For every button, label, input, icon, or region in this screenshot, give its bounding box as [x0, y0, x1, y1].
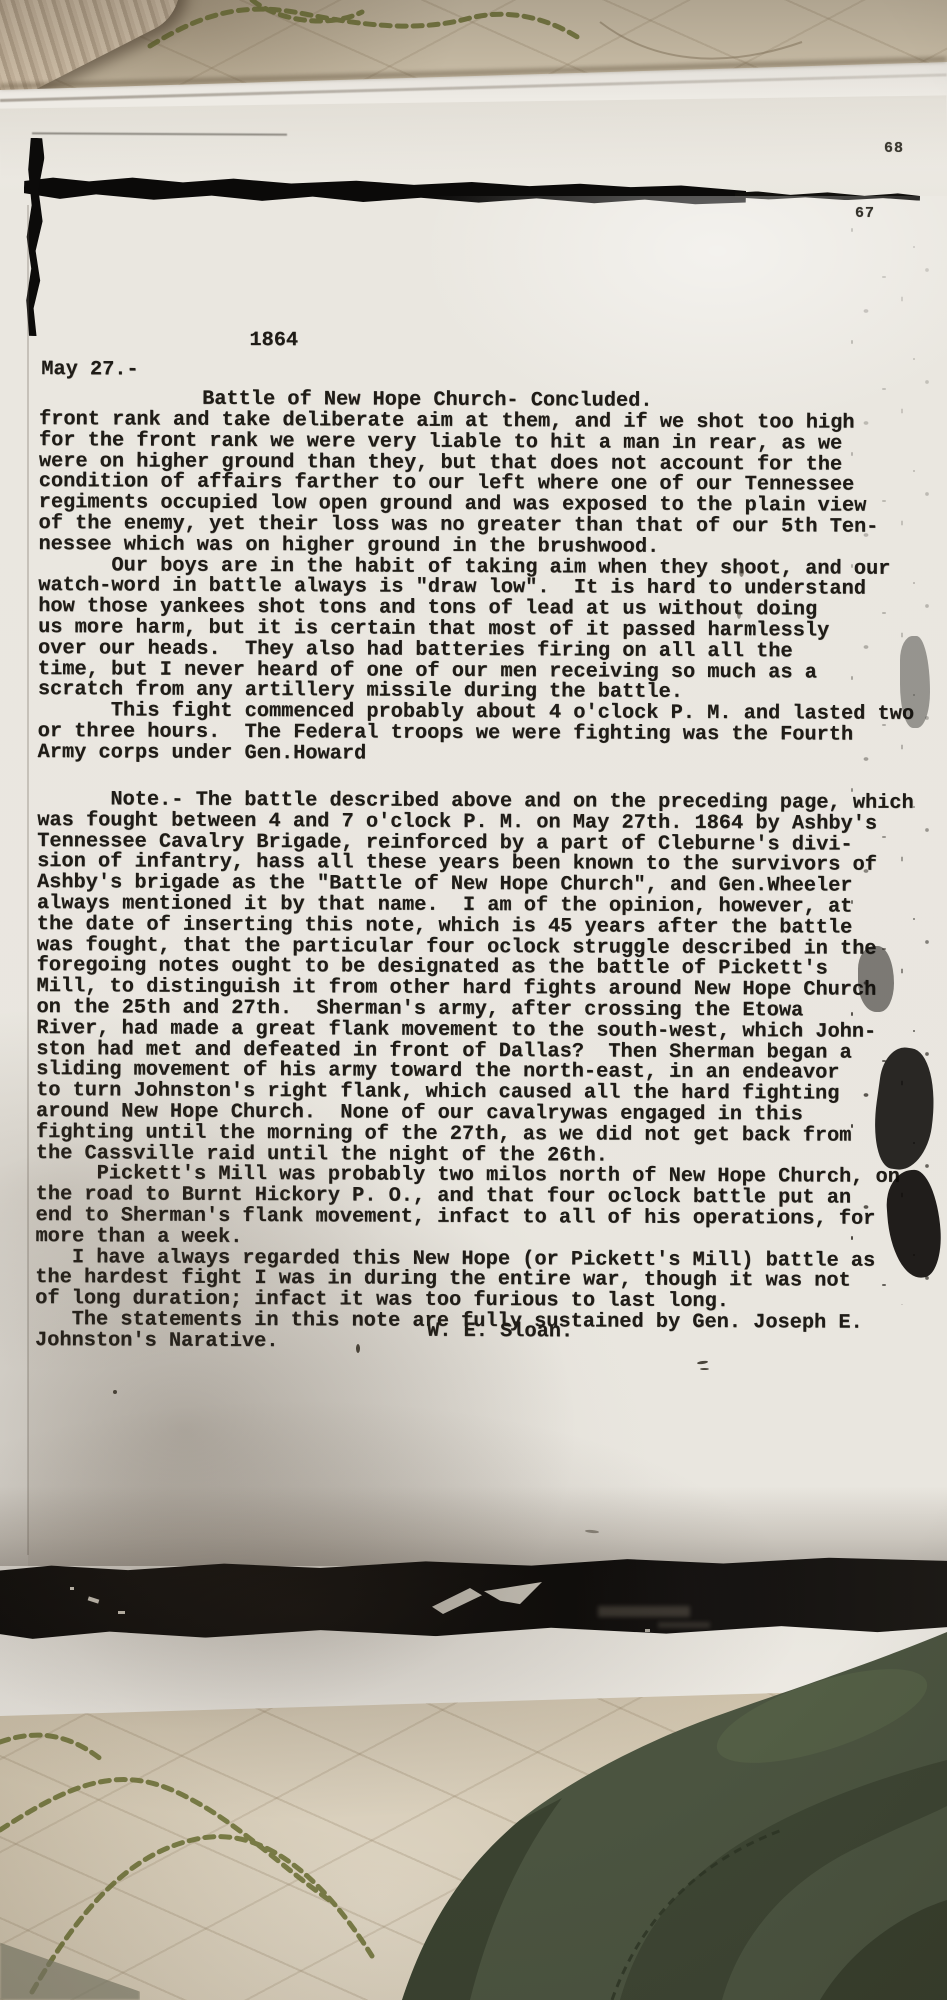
photo-of-document: 68 67 1864 May 27.- Battle of New Hope C… — [0, 0, 947, 2000]
trousers-fabric — [0, 0, 947, 2000]
